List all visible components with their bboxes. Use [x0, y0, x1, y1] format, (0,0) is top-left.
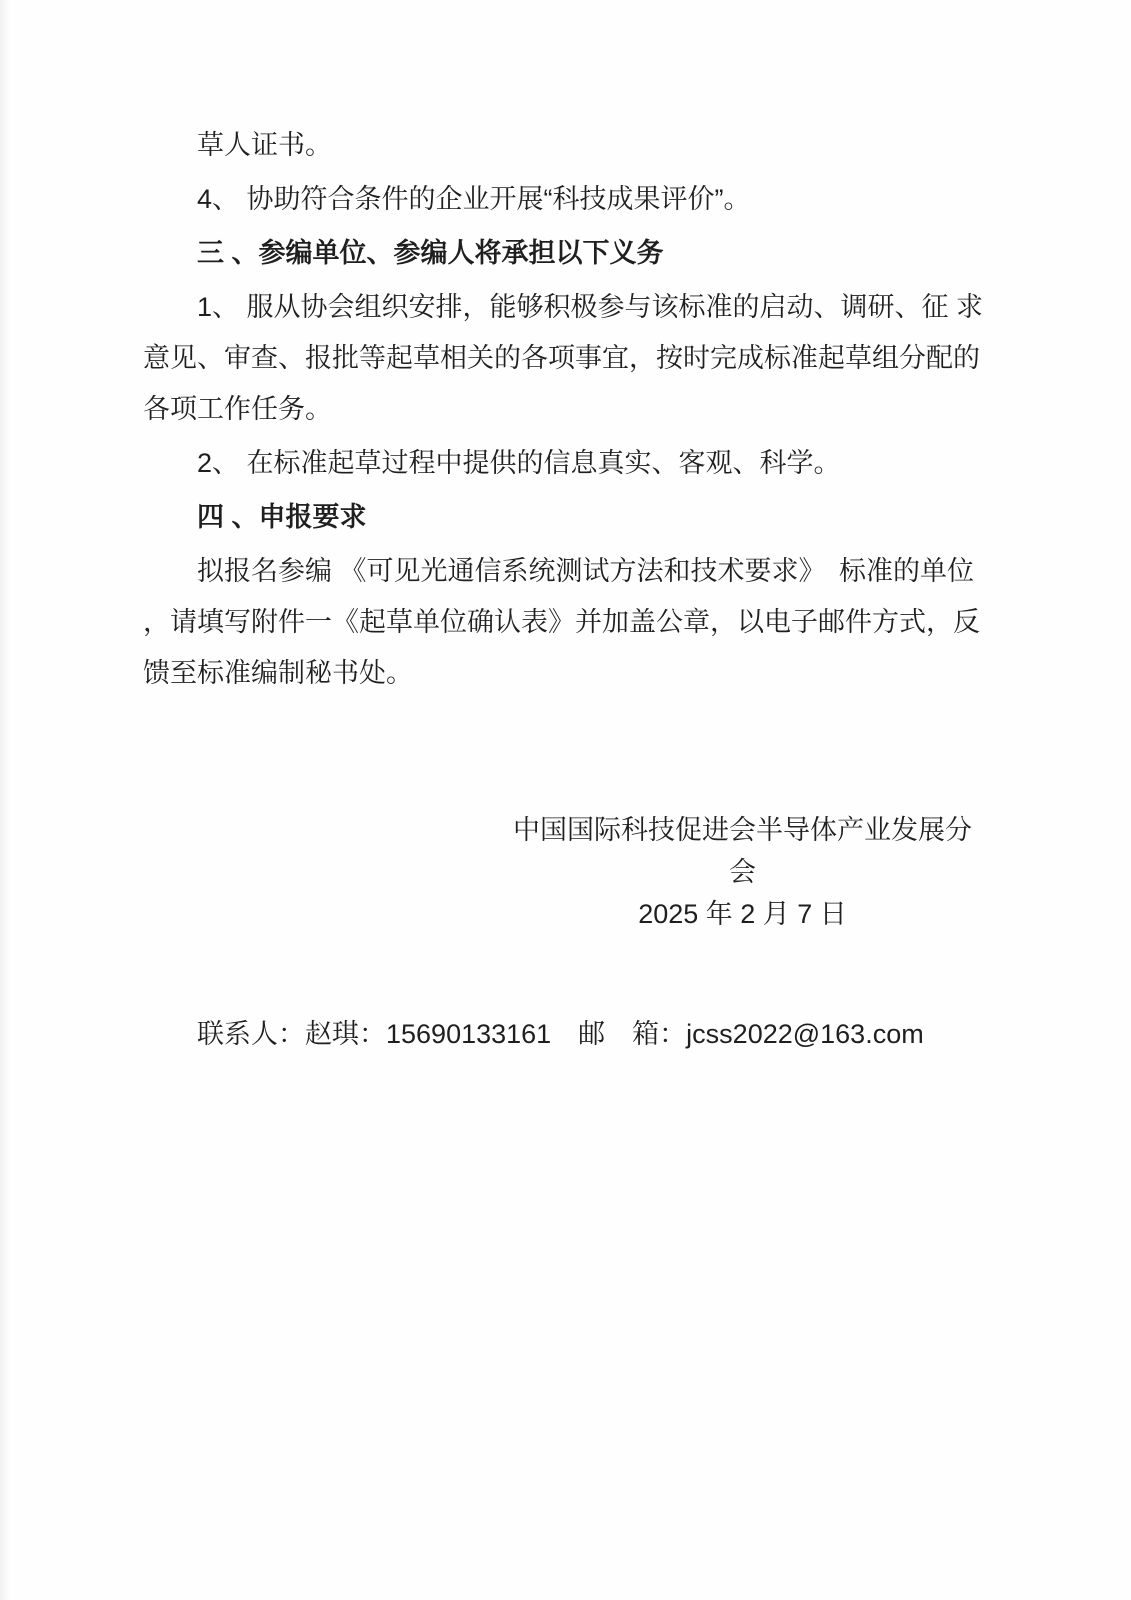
- signature-block: 中国国际科技促进会半导体产业发展分会 2025 年 2 月 7 日: [500, 809, 985, 935]
- paragraph-item-2: 2、 在标准起草过程中提供的信息真实、客观、科学。: [143, 438, 985, 489]
- text-line: ，请填写附件一《起草单位确认表》并加盖公章，以电子邮件方式，反: [143, 597, 985, 648]
- heading-text: 四 、申报要求: [143, 492, 985, 543]
- document-page: 草人证书。 4、 协助符合条件的企业开展“科技成果评价”。 三 、参编单位、参编…: [0, 0, 1131, 1600]
- text-line: 1、 服从协会组织安排，能够积极参与该标准的启动、调研、征 求: [143, 282, 985, 333]
- heading-text: 三 、参编单位、参编人将承担以下义务: [143, 228, 985, 279]
- paragraph-item-4: 4、 协助符合条件的企业开展“科技成果评价”。: [143, 174, 985, 225]
- signature-date: 2025 年 2 月 7 日: [500, 893, 985, 935]
- paragraph-continuation: 草人证书。: [143, 120, 985, 171]
- paragraph-application: 拟报名参编 《可见光通信系统测试方法和技术要求》 标准的单位 ，请填写附件一《起…: [143, 546, 985, 699]
- text-line: 2、 在标准起草过程中提供的信息真实、客观、科学。: [143, 438, 985, 489]
- contact-line: 联系人：赵琪：15690133161 邮 箱：jcss2022@163.com: [197, 1011, 924, 1057]
- text-line: 意见、审查、报批等起草相关的各项事宜，按时完成标准起草组分配的: [143, 333, 985, 384]
- text-line: 4、 协助符合条件的企业开展“科技成果评价”。: [143, 174, 985, 225]
- text-line: 馈至标准编制秘书处。: [143, 648, 985, 699]
- paragraph-item-1: 1、 服从协会组织安排，能够积极参与该标准的启动、调研、征 求 意见、审查、报批…: [143, 282, 985, 435]
- text-line: 草人证书。: [143, 120, 985, 171]
- document-body: 草人证书。 4、 协助符合条件的企业开展“科技成果评价”。 三 、参编单位、参编…: [143, 120, 985, 702]
- section-heading-4: 四 、申报要求: [143, 492, 985, 543]
- signature-organization: 中国国际科技促进会半导体产业发展分会: [500, 809, 985, 893]
- text-line: 各项工作任务。: [143, 384, 985, 435]
- section-heading-3: 三 、参编单位、参编人将承担以下义务: [143, 228, 985, 279]
- text-line: 拟报名参编 《可见光通信系统测试方法和技术要求》 标准的单位: [143, 546, 985, 597]
